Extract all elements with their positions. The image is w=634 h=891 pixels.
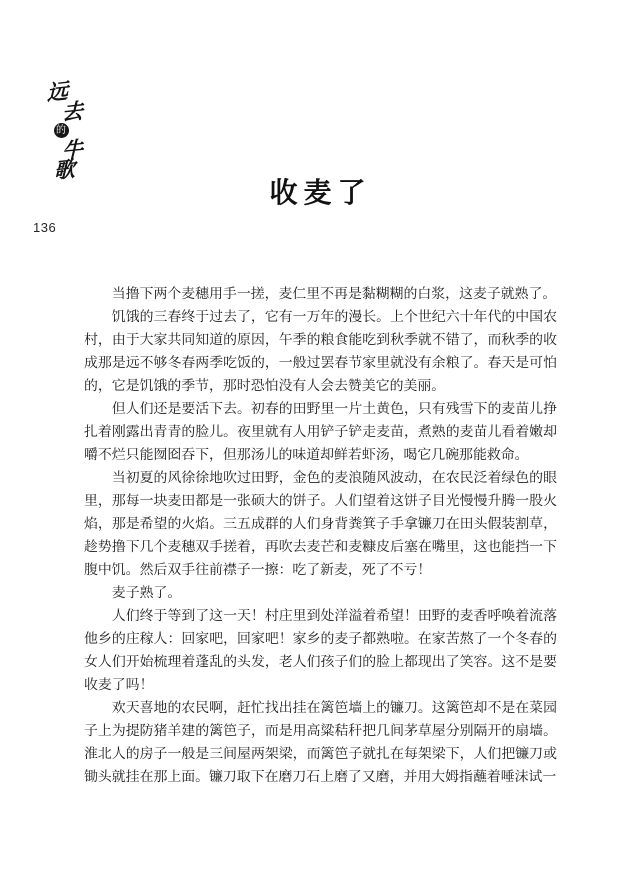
paragraph-1: 当撸下两个麦穗用手一搓，麦仁里不再是黏糊糊的白浆，这麦子就熟了。 [84, 283, 557, 306]
body-text: 当撸下两个麦穗用手一搓，麦仁里不再是黏糊糊的白浆，这麦子就熟了。 饥饿的三春终于… [84, 283, 557, 789]
logo-char-3: 的 [54, 123, 69, 138]
paragraph-2: 饥饿的三春终于过去了，它有一万年的漫长。上个世纪六十年代的中国农村，由于大家共同… [84, 306, 557, 398]
paragraph-3: 但人们还是要活下去。初春的田野里一片土黄色，只有残雪下的麦苗儿挣扎着刚露出青青的… [84, 398, 557, 467]
book-series-logo: 远 去 的 牛 歌 [38, 82, 90, 180]
paragraph-7: 欢天喜地的农民啊，赶忙找出挂在篱笆墙上的镰刀。这篱笆却不是在菜园子上为提防猪羊建… [84, 697, 557, 789]
logo-char-2: 去 [62, 101, 83, 124]
page-number: 136 [33, 220, 56, 235]
logo-char-5: 歌 [54, 159, 75, 182]
paragraph-5: 麦子熟了。 [84, 582, 557, 605]
paragraph-4: 当初夏的风徐徐地吹过田野，金色的麦浪随风波动，在农民泛着绿色的眼里，那每一块麦田… [84, 467, 557, 582]
book-page: 远 去 的 牛 歌 136 收麦了 当撸下两个麦穗用手一搓，麦仁里不再是黏糊糊的… [0, 0, 634, 891]
paragraph-6: 人们终于等到了这一天！村庄里到处洋溢着希望！田野的麦香呼唤着流落他乡的庄稼人：回… [84, 605, 557, 697]
chapter-title: 收麦了 [84, 171, 557, 211]
